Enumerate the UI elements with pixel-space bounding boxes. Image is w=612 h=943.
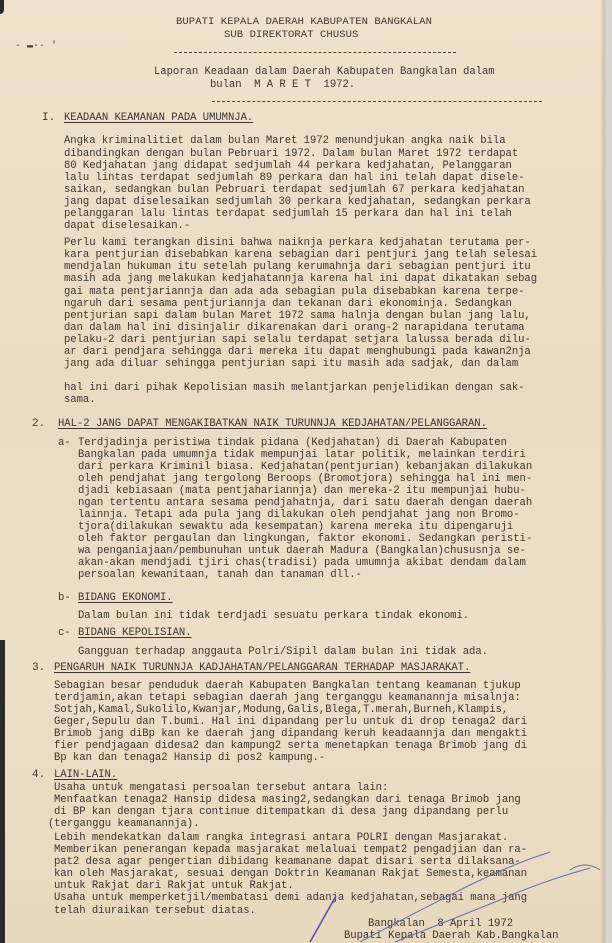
- section-number: I.: [42, 112, 55, 124]
- text-line: telah diuraikan tersebut diatas.: [54, 905, 256, 917]
- text-line: di BP kan dengan tjara continue ditempat…: [54, 806, 508, 818]
- subtitle-line-2: bulan M A R E T 1972.: [210, 79, 355, 91]
- text-line: Lebih mendekatkan dalam rangka integrasi…: [54, 832, 508, 844]
- header-divider: [174, 52, 456, 53]
- text-line: Dalam bulan ini tidak terdjadi sesuatu p…: [78, 610, 469, 622]
- text-line: Bangkalan pada umumnja tidak mempunjai l…: [78, 449, 526, 461]
- text-line: fier pendjagaan didesa2 dan kampung2 ser…: [54, 740, 527, 752]
- text-line: dapat diselesaikan.-: [64, 220, 190, 232]
- text-line: akan-akan mendjadi tjiri chas(tradisi) p…: [78, 557, 526, 569]
- text-line: jang ada diluar sehingga pentjurian sapi…: [64, 358, 518, 370]
- subtitle-divider: [212, 101, 542, 102]
- text-line: Brimob jang diBp kan ke daerah jang dipa…: [54, 728, 527, 740]
- section-title: LAIN-LAIN.: [54, 769, 117, 781]
- subtitle-line-1: Laporan Keadaan dalam Daerah Kabupaten B…: [154, 66, 495, 78]
- text-line: (terganggu keamanannja).: [48, 818, 199, 830]
- item-label: b-: [58, 592, 71, 604]
- section-title: HAL-2 JANG DAPAT MENGAKIBATKAN NAIK TURU…: [58, 418, 487, 430]
- text-line: mendjalan hukuman itu setelah pulang ker…: [64, 261, 531, 273]
- text-line: Menfaatkan tenaga2 Hansip didesa masing2…: [54, 794, 521, 806]
- text-line: gai mata pentjariannja dan ada ada sebag…: [64, 286, 524, 298]
- section-number: 2.: [32, 418, 45, 430]
- text-line: dari perkara Kriminil biasa. Kedjahatan(…: [78, 461, 532, 473]
- text-line: wa penganiajaan/pembunuhan untuk daerah …: [78, 545, 526, 557]
- text-line: lalu lintas terdapat sedjumlah 89 perkar…: [64, 172, 524, 184]
- scan-edge-shadow: [0, 0, 4, 14]
- text-line: untuk Rakjat dari Rakjat untuk Rakjat.: [54, 880, 294, 892]
- text-line: masih ada jang melakukan kedjahatannja k…: [64, 273, 537, 285]
- signature-icon: [300, 850, 610, 943]
- text-line: djadi kebiasaan (mata pentjahariannja) d…: [78, 485, 526, 497]
- text-line: sama.: [64, 394, 96, 406]
- text-line: Angka kriminalitiet dalam bulan Maret 19…: [64, 135, 506, 147]
- text-line: Sebagian besar penduduk daerah Kabupaten…: [54, 680, 521, 692]
- header-line-2: SUB DIREKTORAT CHUSUS: [224, 29, 358, 41]
- text-line: terdjamin,akan tetapi sebagian daerah ja…: [54, 692, 521, 704]
- text-line: dibandingkan dengan bulan Pebruari 1972.…: [64, 148, 518, 160]
- text-line: Geger,Sepulu dan T.bumi. Hal ini dipanda…: [54, 716, 527, 728]
- text-line: lainnja. Tetapi ada pula jang dilakukan …: [78, 509, 520, 521]
- text-line: hal ini dari pihak Kepolisian masih mela…: [64, 382, 524, 394]
- item-label: c-: [58, 627, 71, 639]
- text-line: 80 Kedjahatan jang didapat sedjumlah 44 …: [64, 160, 512, 172]
- text-line: ngaruh dari sesama pentjuriannja dan tek…: [64, 298, 512, 310]
- section-title: KEADAAN KEAMANAN PADA UMUMNJA.: [64, 112, 253, 124]
- text-line: pelaku-2 dari pentjurian sapi selalu ter…: [64, 334, 531, 346]
- item-label: a-: [58, 437, 71, 449]
- text-line: tjora(dilakukan sewaktu ada kesempatan) …: [78, 521, 513, 533]
- text-line: pelanggaran lalu lintas terdapat sedjuml…: [64, 208, 512, 220]
- text-line: pentjurian sapi dalam bulan Maret 1972 s…: [64, 310, 531, 322]
- text-line: oleh faktor pergaulan dan lingkungan, fa…: [78, 533, 532, 545]
- item-title: BIDANG KEPOLISIAN.: [78, 627, 192, 639]
- section-title: PENGARUH NAIK TURUNNJA KADJAHATAN/PELANG…: [54, 662, 470, 674]
- ink-smudge: - ▬·· ': [15, 41, 57, 52]
- text-line: ar dari pendjara sehingga dari mereka it…: [64, 346, 531, 358]
- section-number: 3.: [32, 662, 45, 674]
- text-line: Terdjadinja peristiwa tindak pidana (Ked…: [78, 437, 507, 449]
- text-line: Perlu kami terangkan disini bahwa naiknj…: [64, 237, 531, 249]
- text-line: oleh pendjahat jang tergolong Beroops (B…: [78, 473, 532, 485]
- text-line: persoalan kewanitaan, tanah dan tanaman …: [78, 569, 362, 581]
- text-line: dan dalam hal ini disinjalir dikarenakan…: [64, 322, 524, 334]
- scan-edge-shadow: [0, 640, 5, 943]
- text-line: Bp kan dan tenaga2 Hansip di pos2 kampun…: [54, 752, 325, 764]
- text-line: kara pentjurian disebabkan karena sebagi…: [64, 249, 537, 261]
- text-line: saikan, sedangkan bulan Pebruari terdapa…: [64, 184, 524, 196]
- text-line: Usaha untuk mengatasi persoalan tersebut…: [54, 782, 388, 794]
- text-line: Sotjah,Kamal,Sukolilo,Kwanjar,Modung,Gal…: [54, 704, 508, 716]
- text-line: Gangguan terhadap anggauta Polri/Sipil d…: [78, 646, 488, 658]
- item-title: BIDANG EKONOMI.: [78, 592, 173, 604]
- text-line: ngan tertentu antara sesama pendjahatnja…: [78, 497, 532, 509]
- section-number: 4.: [32, 769, 45, 781]
- text-line: jang dapat diselesaikan sedjumlah 30 per…: [64, 196, 531, 208]
- header-line-1: BUPATI KEPALA DAERAH KABUPATEN BANGKALAN: [176, 16, 432, 28]
